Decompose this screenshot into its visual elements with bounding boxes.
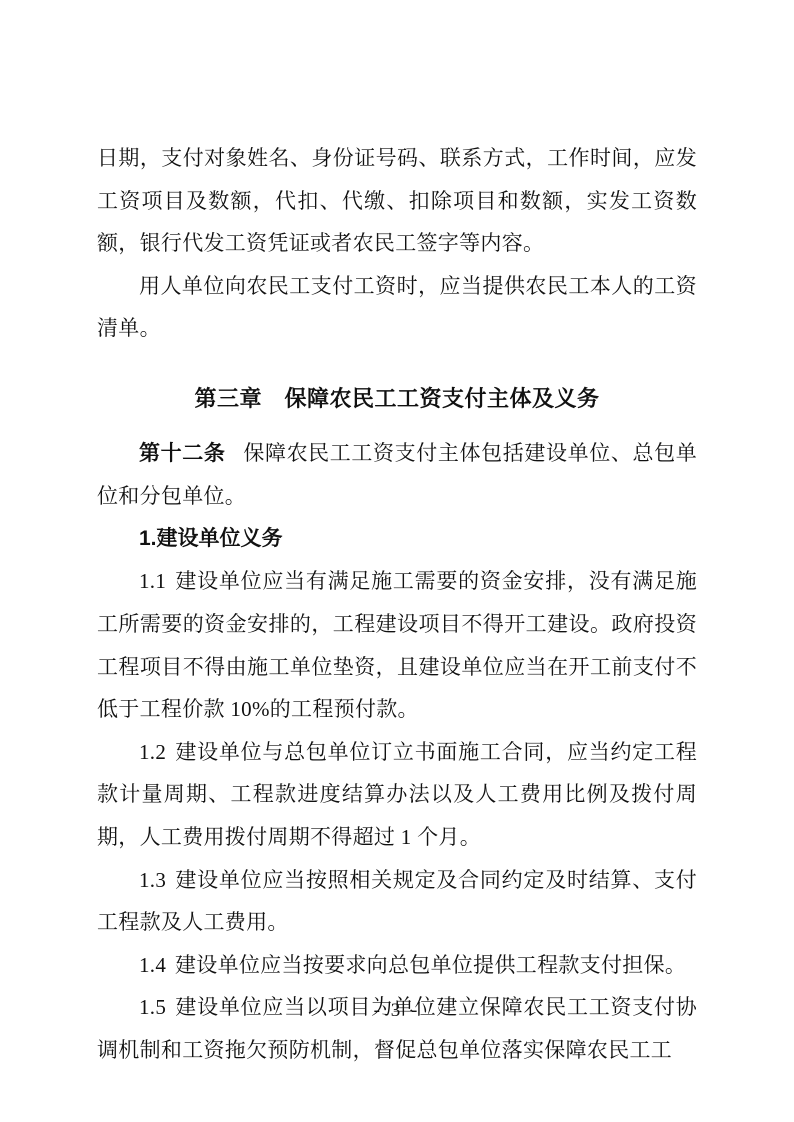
paragraph-item-1-4: 1.4建设单位应当按要求向总包单位提供工程款支付担保。 — [97, 944, 697, 987]
paragraph-item-1-2: 1.2建设单位与总包单位订立书面施工合同，应当约定工程款计量周期、工程款进度结算… — [97, 731, 697, 859]
paragraph-item-1-1: 1.1建设单位应当有满足施工需要的资金安排，没有满足施工所需要的资金安排的，工程… — [97, 560, 697, 730]
item-1-1-number: 1.1 — [139, 569, 166, 593]
paragraph-article-12: 第十二条保障农民工工资支付主体包括建设单位、总包单位和分包单位。 — [97, 432, 697, 518]
article-12-label: 第十二条 — [139, 442, 225, 465]
item-1-1-text: 建设单位应当有满足施工需要的资金安排，没有满足施工所需要的资金安排的，工程建设项… — [97, 569, 697, 721]
paragraph-wage-slip: 用人单位向农民工支付工资时，应当提供农民工本人的工资清单。 — [97, 265, 697, 350]
paragraph-wage-record-continuation: 日期，支付对象姓名、身份证号码、联系方式，工作时间，应发工资项目及数额，代扣、代… — [97, 137, 697, 265]
document-body: 日期，支付对象姓名、身份证号码、联系方式，工作时间，应发工资项目及数额，代扣、代… — [97, 137, 697, 1071]
item-1-3-number: 1.3 — [139, 868, 166, 892]
page-number: - 3 - — [0, 1000, 794, 1022]
paragraph-item-1-3: 1.3建设单位应当按照相关规定及合同约定及时结算、支付工程款及人工费用。 — [97, 859, 697, 944]
document-page: 日期，支付对象姓名、身份证号码、联系方式，工作时间，应发工资项目及数额，代扣、代… — [0, 0, 794, 1122]
item-1-4-text: 建设单位应当按要求向总包单位提供工程款支付担保。 — [175, 953, 686, 977]
chapter-3-heading: 第三章 保障农民工工资支付主体及义务 — [97, 378, 697, 421]
item-1-2-number: 1.2 — [139, 740, 166, 764]
section-1-heading: 1.建设单位义务 — [97, 518, 697, 561]
item-1-2-text: 建设单位与总包单位订立书面施工合同，应当约定工程款计量周期、工程款进度结算办法以… — [97, 740, 697, 849]
item-1-3-text: 建设单位应当按照相关规定及合同约定及时结算、支付工程款及人工费用。 — [97, 868, 697, 935]
item-1-4-number: 1.4 — [139, 953, 166, 977]
